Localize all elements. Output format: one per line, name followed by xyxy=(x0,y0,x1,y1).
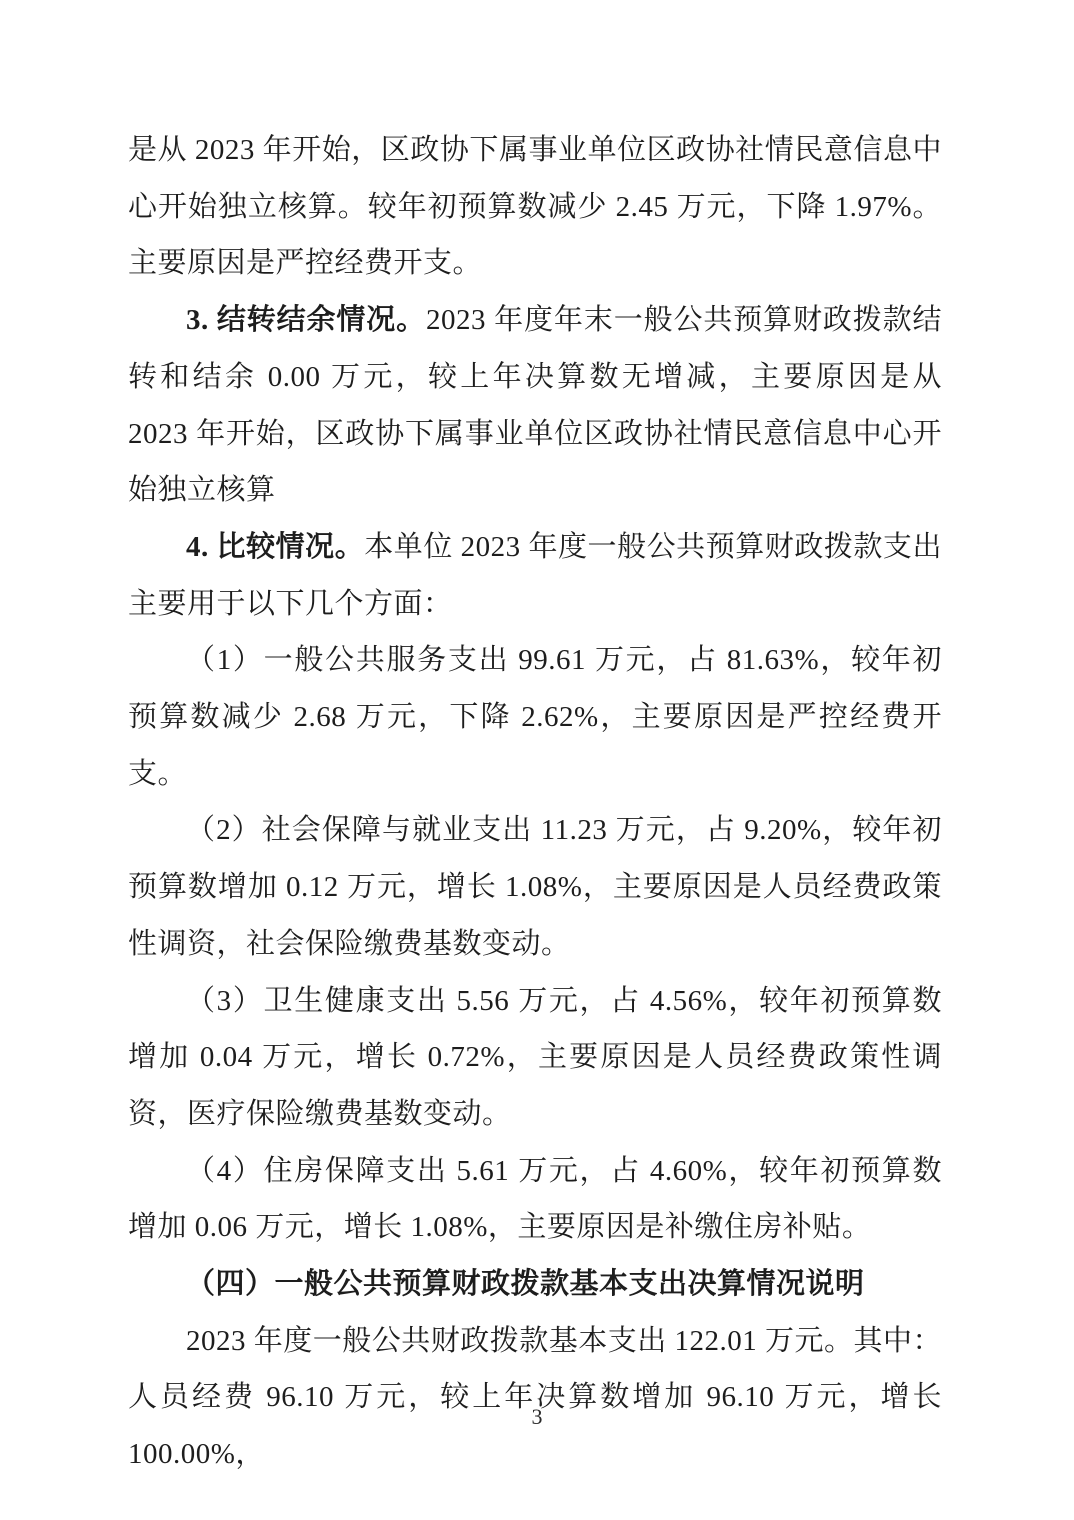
paragraph-item-1-general-public-services: （1）一般公共服务支出 99.61 万元，占 81.63%，较年初预算数减少 2… xyxy=(128,632,942,802)
paragraph-text: 2023 年度一般公共财政拨款基本支出 122.01 万元。其中：人员经费 96… xyxy=(128,1325,942,1470)
paragraph-item-2-social-security-employment: （2）社会保障与就业支出 11.23 万元，占 9.20%，较年初预算数增加 0… xyxy=(128,802,942,972)
paragraph-basic-expenditure-detail: 2023 年度一般公共财政拨款基本支出 122.01 万元。其中：人员经费 96… xyxy=(128,1313,942,1483)
paragraph-continuation: 是从 2023 年开始，区政协下属事业单位区政协社情民意信息中心开始独立核算。较… xyxy=(128,122,942,292)
paragraph-text: （2）社会保障与就业支出 11.23 万元，占 9.20%，较年初预算数增加 0… xyxy=(128,814,942,959)
paragraph-carryover-balance: 3. 结转结余情况。2023 年度年末一般公共预算财政拨款结转和结余 0.00 … xyxy=(128,292,942,519)
paragraph-item-4-housing-security: （4）住房保障支出 5.61 万元，占 4.60%，较年初预算数增加 0.06 … xyxy=(128,1143,942,1256)
paragraph-text: 是从 2023 年开始，区政协下属事业单位区政协社情民意信息中心开始独立核算。较… xyxy=(128,134,942,279)
paragraph-text: （4）住房保障支出 5.61 万元，占 4.60%，较年初预算数增加 0.06 … xyxy=(128,1155,942,1244)
paragraph-text: （3）卫生健康支出 5.56 万元，占 4.56%，较年初预算数增加 0.04 … xyxy=(128,985,942,1130)
document-body: 是从 2023 年开始，区政协下属事业单位区政协社情民意信息中心开始独立核算。较… xyxy=(128,122,942,1483)
paragraph-lead-bold: 3. 结转结余情况。 xyxy=(186,304,426,336)
section-heading-basic-expenditure: （四）一般公共预算财政拨款基本支出决算情况说明 xyxy=(128,1256,942,1313)
document-page: 是从 2023 年开始，区政协下属事业单位区政协社情民意信息中心开始独立核算。较… xyxy=(0,0,1074,1520)
paragraph-item-3-health: （3）卫生健康支出 5.56 万元，占 4.56%，较年初预算数增加 0.04 … xyxy=(128,973,942,1143)
section-heading-text: （四）一般公共预算财政拨款基本支出决算情况说明 xyxy=(186,1268,865,1300)
paragraph-lead-bold: 4. 比较情况。 xyxy=(186,531,364,563)
paragraph-text: （1）一般公共服务支出 99.61 万元，占 81.63%，较年初预算数减少 2… xyxy=(128,644,942,789)
page-number: 3 xyxy=(0,1402,1074,1432)
paragraph-comparison: 4. 比较情况。本单位 2023 年度一般公共预算财政拨款支出主要用于以下几个方… xyxy=(128,519,942,632)
